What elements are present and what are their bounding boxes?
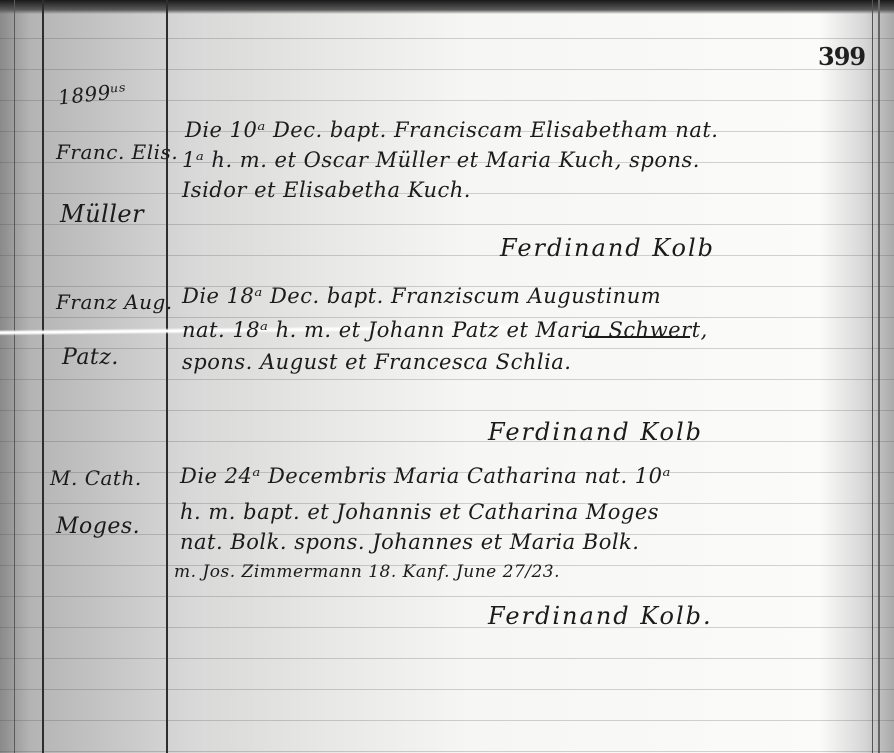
entry-text-line: Die 18ᵃ Dec. bapt. Franziscum Augustinum — [182, 284, 661, 308]
register-page: 399 1899ᵘˢ Franc. Elis. Müller Die 10ᵃ D… — [0, 0, 894, 753]
entry-margin-surname: Patz. — [62, 345, 119, 370]
entry-text-line: nat. Bolk. spons. Johannes et Maria Bolk… — [180, 530, 639, 554]
entry-text-line: Die 10ᵃ Dec. bapt. Franciscam Elisabetha… — [185, 118, 718, 142]
page-number: 399 — [818, 42, 865, 71]
entry-margin-surname: Moges. — [56, 514, 140, 539]
entry-text-line: Isidor et Elisabetha Kuch. — [182, 178, 471, 202]
priest-signature: Ferdinand Kolb. — [488, 602, 713, 630]
column-rule — [14, 0, 15, 753]
later-annotation: m. Jos. Zimmermann 18. Kanf. June 27/23. — [174, 562, 560, 582]
column-rule — [872, 0, 873, 753]
entry-margin-name: M. Cath. — [50, 466, 142, 490]
priest-signature: Ferdinand Kolb — [488, 418, 703, 446]
column-rule — [42, 0, 44, 753]
entry-margin-name: Franc. Elis. — [56, 140, 178, 164]
entry-margin-name: Franz Aug. — [56, 290, 173, 314]
entry-margin-surname: Müller — [60, 200, 144, 228]
year-header: 1899ᵘˢ — [57, 78, 128, 109]
entry-text-line: h. m. bapt. et Johannis et Catharina Mog… — [180, 500, 659, 524]
priest-signature: Ferdinand Kolb — [500, 234, 715, 262]
column-rule — [166, 0, 168, 753]
column-rule — [878, 0, 880, 753]
entry-text-line: spons. August et Francesca Schlia. — [182, 350, 571, 374]
entry-text-line: nat. 18ᵃ h. m. et Johann Patz et Maria S… — [182, 318, 708, 342]
entry-text-line: 1ᵃ h. m. et Oscar Müller et Maria Kuch, … — [182, 148, 700, 172]
strikethrough-mark — [585, 336, 690, 338]
entry-text-line: Die 24ᵃ Decembris Maria Catharina nat. 1… — [180, 464, 671, 488]
